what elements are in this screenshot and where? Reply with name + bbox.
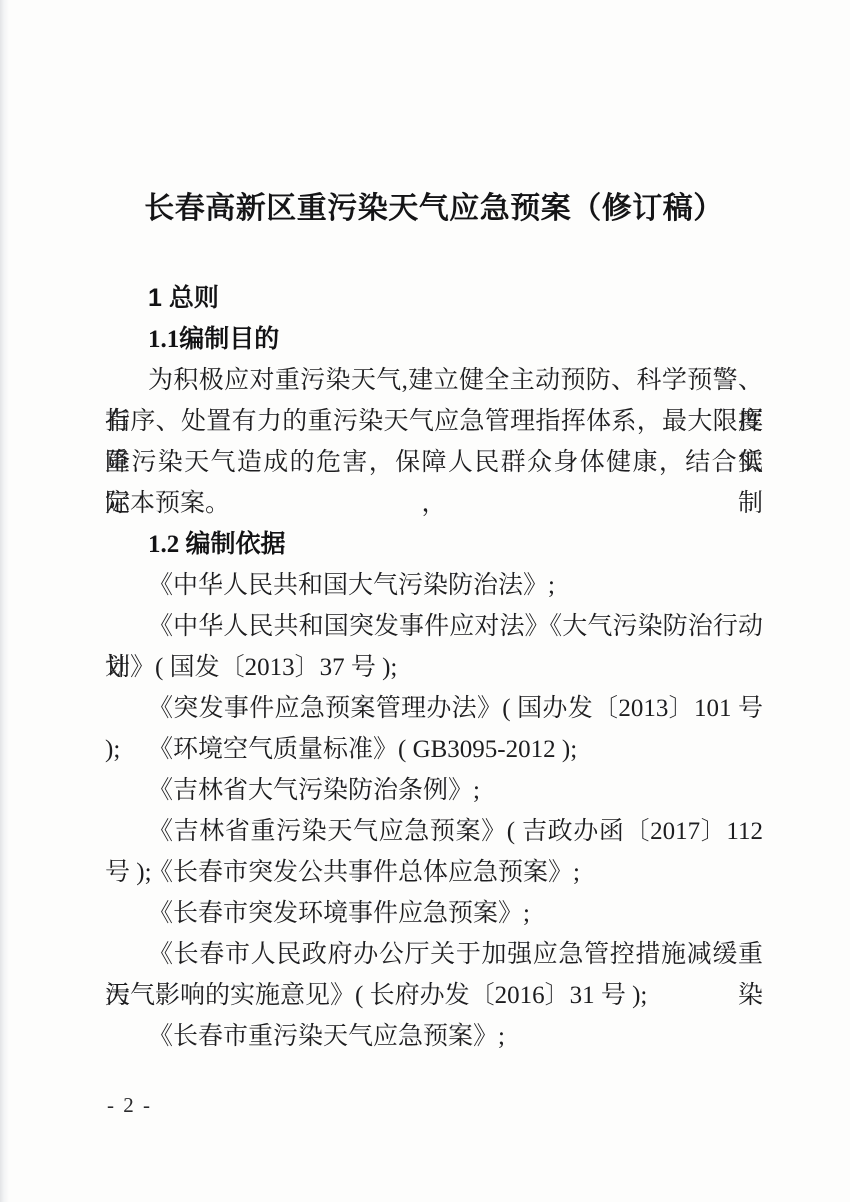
document-page: 长春高新区重污染天气应急预案（修订稿） 1 总则 1.1编制目的 为积极应对重污… [0,0,850,1202]
footer-page-number: - 2 - [107,1092,152,1118]
reference-item-line: 《突发事件应急预案管理办法》( 国办发〔2013〕101 号 ); [105,688,763,729]
reference-item-line: 《长春市突发公共事件总体应急预案》; [105,852,763,893]
reference-item-line: 《环境空气质量标准》( GB3095-2012 ); [105,729,763,770]
purpose-paragraph-line: 为积极应对重污染天气,建立健全主动预防、科学预警、指挥 [105,360,763,401]
reference-item-line: 《中华人民共和国大气污染防治法》; [105,565,763,606]
reference-item-line: 《长春市人民政府办公厅关于加强应急管控措施减缓重污染 [105,934,763,975]
section-1-heading: 1 总则 [105,278,763,319]
section-1-1-heading: 1.1编制目的 [105,319,763,360]
document-content: 长春高新区重污染天气应急预案（修订稿） 1 总则 1.1编制目的 为积极应对重污… [105,186,763,1057]
reference-item-line: 《长春市突发环境事件应急预案》; [105,893,763,934]
section-1-2-heading: 1.2 编制依据 [105,524,763,565]
reference-item-line: 《吉林省大气污染防治条例》; [105,770,763,811]
reference-item-line: 划》( 国发〔2013〕37 号 ); [105,647,763,688]
purpose-paragraph-line: 有序、处置有力的重污染天气应急管理指挥体系，最大限度降低 [105,401,763,442]
reference-item-line: 《吉林省重污染天气应急预案》( 吉政办函〔2017〕112 号 ); [105,811,763,852]
purpose-paragraph-line: 重污染天气造成的危害，保障人民群众身体健康，结合实际，制 [105,442,763,483]
document-title: 长春高新区重污染天气应急预案（修订稿） [105,186,763,232]
reference-item-line: 《中华人民共和国突发事件应对法》《大气污染防治行动计 [105,606,763,647]
reference-item-line: 《长春市重污染天气应急预案》; [105,1016,763,1057]
